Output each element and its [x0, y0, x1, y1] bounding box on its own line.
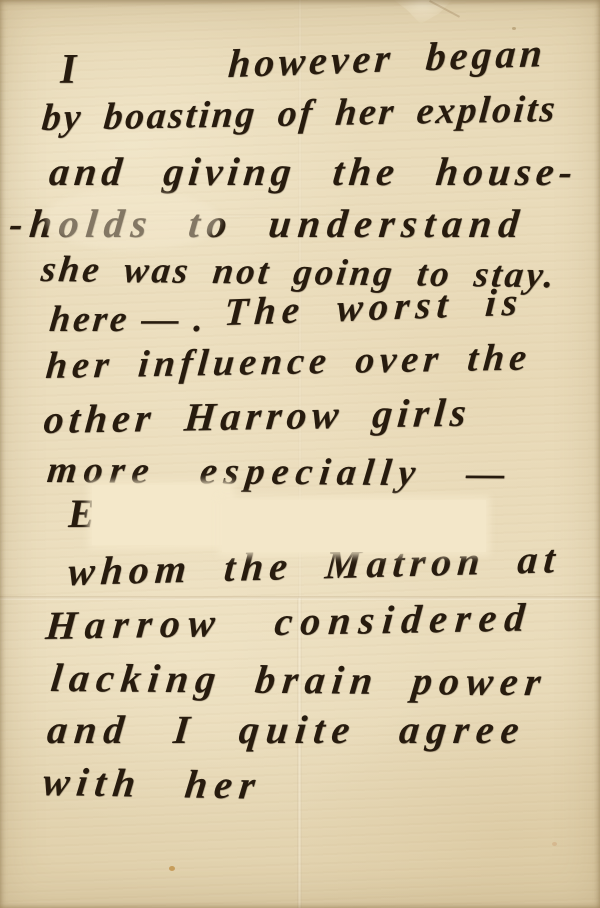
handwriting-line-with-her: with her	[40, 758, 264, 809]
handwriting-line-her-influence: her influence over the	[44, 336, 533, 389]
handwriting-line-here-dash: here — .	[47, 298, 208, 341]
erased-name-patch	[222, 500, 486, 552]
erased-name-patch	[92, 485, 230, 545]
letter-page: I however began by boasting of her explo…	[0, 0, 600, 908]
paper-stain-speck	[552, 842, 557, 846]
handwriting-line-initial-E: E	[68, 490, 95, 537]
handwriting-line-the-worst-is: The worst is	[223, 280, 525, 336]
handwriting-line-giving-house: and giving the house-	[47, 148, 580, 195]
ink-abrasion-patch	[46, 190, 221, 250]
paper-tear-top-edge	[394, 0, 452, 24]
handwriting-line-opening-I: I	[60, 46, 76, 94]
handwriting-line-other-harrow-girls: other Harrow girls	[42, 389, 473, 444]
handwriting-line-harrow-considered: Harrow considered	[44, 594, 535, 650]
handwriting-line-however-began: however began	[227, 29, 548, 87]
paper-stain-speck	[169, 866, 175, 871]
handwriting-line-quite-agree: and I quite agree	[45, 706, 528, 753]
handwriting-line-boasting: by boasting of her exploits	[40, 87, 559, 140]
handwriting-line-lacking-brain-power: lacking brain power	[49, 654, 550, 705]
